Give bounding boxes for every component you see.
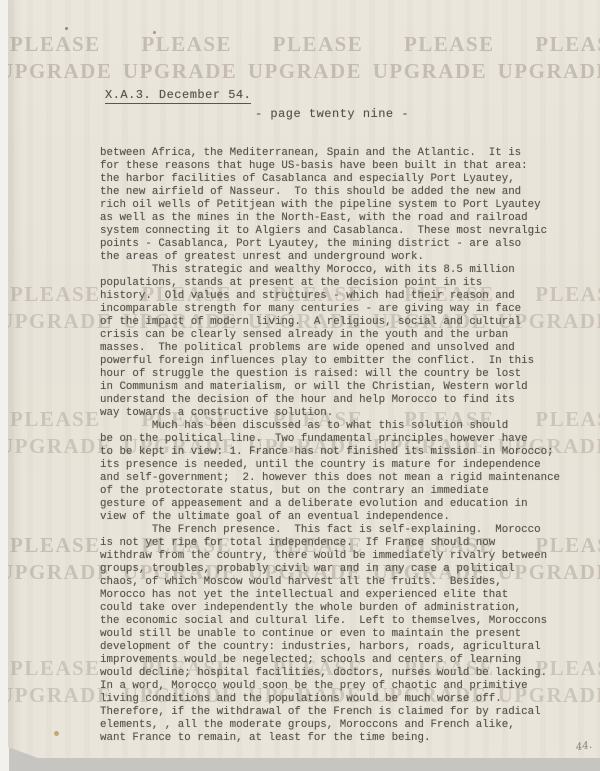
text-line: elements, , all the moderate groups, Mor… <box>100 719 580 732</box>
watermark-word: UPGRADE <box>123 58 237 85</box>
text-line: withdraw from the country, there would b… <box>100 550 580 563</box>
text-line: of the protectorate status, but on the c… <box>100 485 580 498</box>
watermark-word: PLEASE <box>10 655 101 682</box>
text-line: way towards a constructive solution. <box>100 407 580 420</box>
watermark-word: PLEASE <box>535 31 600 58</box>
text-line: masses. The political problems are wide … <box>100 342 580 355</box>
text-line: view of the ultimate goal of an eventual… <box>100 511 580 524</box>
text-line: chaos, of which Moscow would harvest all… <box>100 576 580 589</box>
watermark-word: UPGRADE <box>8 682 112 709</box>
document-reference: X.A.3. December 54. <box>105 88 251 104</box>
scanned-document-screenshot: { "watermark": { "line1": "PLEASE", "lin… <box>0 0 600 771</box>
watermark-upgrade-line: UPGRADEUPGRADEUPGRADEUPGRADEUPGRADE <box>8 58 600 85</box>
text-line: be on the political line. Two fundamenta… <box>100 433 580 446</box>
text-line: understand the decision of the hour and … <box>100 394 580 407</box>
text-line: incomparable strength for many centuries… <box>100 303 580 316</box>
text-line: the economic social and cultural life. L… <box>100 615 580 628</box>
text-line: its presence is needed, until the countr… <box>100 459 580 472</box>
watermark-word: UPGRADE <box>8 559 112 586</box>
text-line: history. Old values and structures - whi… <box>100 290 580 303</box>
text-line: would decline; hospital facilities, doct… <box>100 667 580 680</box>
watermark-word: UPGRADE <box>8 433 112 460</box>
text-line: rich oil wells of Petitjean with the pip… <box>100 199 580 212</box>
text-line: could take over independently the whole … <box>100 602 580 615</box>
text-line: the harbor facilities of Casablanca and … <box>100 173 580 186</box>
watermark-please-line: PLEASEPLEASEPLEASEPLEASEPLEASE <box>10 31 600 58</box>
watermark-word: PLEASE <box>10 281 101 308</box>
text-line: living conditions and the populations wo… <box>100 693 580 706</box>
text-line: to be kept in view: 1. France has not fi… <box>100 446 580 459</box>
document-page: PLEASEPLEASEPLEASEPLEASEPLEASEUPGRADEUPG… <box>8 0 600 758</box>
text-line: the new airfield of Nasseur. To this sho… <box>100 186 580 199</box>
watermark-word: PLEASE <box>404 31 495 58</box>
text-line: groups, troubles, probably civil war and… <box>100 563 580 576</box>
text-line: improvements would be negelected; school… <box>100 654 580 667</box>
text-line: Therefore, if the withdrawal of the Fren… <box>100 706 580 719</box>
text-line: points - Casablanca, Port Lyautey, the m… <box>100 238 580 251</box>
document-body: between Africa, the Mediterranean, Spain… <box>100 147 580 745</box>
text-line: between Africa, the Mediterranean, Spain… <box>100 147 580 160</box>
text-line: want France to remain, at least for the … <box>100 732 580 745</box>
watermark-word: UPGRADE <box>8 308 112 335</box>
text-line: and self-government; 2. however this doe… <box>100 472 580 485</box>
text-line: would still be unable to continue or eve… <box>100 628 580 641</box>
text-line: populations, stands at present at the de… <box>100 277 580 290</box>
text-line: for these reasons that huge US-basis hav… <box>100 160 580 173</box>
watermark-word: PLEASE <box>141 31 232 58</box>
watermark-word: UPGRADE <box>8 58 112 85</box>
text-line: gesture of appeasement and a deliberate … <box>100 498 580 511</box>
page-number-label: - page twenty nine - <box>255 107 409 121</box>
text-line: is not yet ripe for total independence. … <box>100 537 580 550</box>
watermark-row: PLEASEPLEASEPLEASEPLEASEPLEASEUPGRADEUPG… <box>10 31 600 85</box>
text-line: Morocco has not yet the intellectual and… <box>100 589 580 602</box>
watermark-word: PLEASE <box>273 31 364 58</box>
text-line: the areas of greatest unrest and undergr… <box>100 251 580 264</box>
text-line: of the impact of modern living. A religi… <box>100 316 580 329</box>
paper-stain <box>54 731 59 736</box>
text-line: In a word, Morocco would soon be the pre… <box>100 680 580 693</box>
text-line: Much has been discussed as to what this … <box>100 420 580 433</box>
handwritten-page-mark: 44. <box>575 740 593 754</box>
scanner-background-left <box>0 0 9 771</box>
text-line: hour of struggle the question is raised:… <box>100 368 580 381</box>
watermark-word: PLEASE <box>10 31 101 58</box>
text-line: powerful foreign influences play to embi… <box>100 355 580 368</box>
watermark-word: PLEASE <box>10 406 101 433</box>
text-line: as well as the mines in the North-East, … <box>100 212 580 225</box>
ink-speck <box>65 27 68 30</box>
text-line: The French presence. This fact is self-e… <box>100 524 580 537</box>
watermark-word: UPGRADE <box>498 58 600 85</box>
text-line: development of the country: industries, … <box>100 641 580 654</box>
watermark-word: UPGRADE <box>373 58 487 85</box>
text-line: system connecting it to Algiers and Casa… <box>100 225 580 238</box>
watermark-word: PLEASE <box>10 532 101 559</box>
watermark-word: UPGRADE <box>248 58 362 85</box>
text-line: This strategic and wealthy Morocco, with… <box>100 264 580 277</box>
text-line: in Communism and materialism, or will th… <box>100 381 580 394</box>
text-line: crisis can be clearly sensed already in … <box>100 329 580 342</box>
ink-speck <box>153 31 156 34</box>
